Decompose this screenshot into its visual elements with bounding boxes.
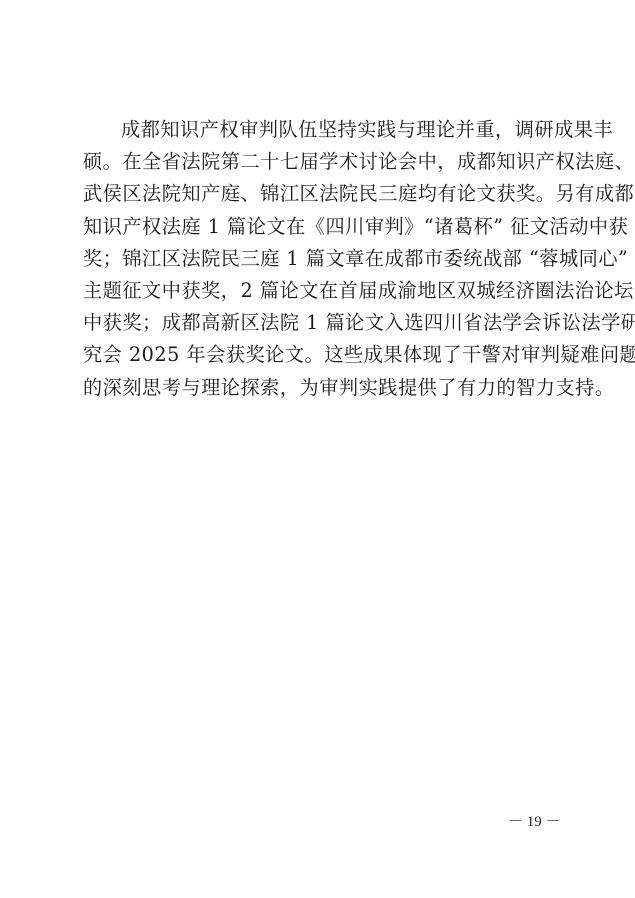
paragraph-line-3: 武侯区法院知产庭、锦江区法院民三庭均有论文获奖。另有成都 xyxy=(83,178,559,210)
paragraph-line-2: 硕。在全省法院第二十七届学术讨论会中，成都知识产权法庭、 xyxy=(83,146,559,178)
body-paragraph: 成都知识产权审判队伍坚持实践与理论并重，调研成果丰 硕。在全省法院第二十七届学术… xyxy=(83,114,559,404)
paragraph-line-5: 奖；锦江区法院民三庭 1 篇文章在成都市委统战部 “蓉城同心” xyxy=(83,243,559,275)
paragraph-line-9: 的深刻思考与理论探索，为审判实践提供了有力的智力支持。 xyxy=(83,372,559,404)
paragraph-line-7: 中获奖；成都高新区法院 1 篇论文入选四川省法学会诉讼法学研 xyxy=(83,307,559,339)
page-number: － 19 － xyxy=(508,812,561,832)
paragraph-line-1: 成都知识产权审判队伍坚持实践与理论并重，调研成果丰 xyxy=(83,114,559,146)
paragraph-line-6: 主题征文中获奖，2 篇论文在首届成渝地区双城经济圈法治论坛 xyxy=(83,275,559,307)
document-page: 成都知识产权审判队伍坚持实践与理论并重，调研成果丰 硕。在全省法院第二十七届学术… xyxy=(0,0,635,898)
paragraph-line-8: 究会 2025 年会获奖论文。这些成果体现了干警对审判疑难问题 xyxy=(83,339,559,371)
paragraph-line-4: 知识产权法庭 1 篇论文在《四川审判》“诸葛杯” 征文活动中获 xyxy=(83,211,559,243)
